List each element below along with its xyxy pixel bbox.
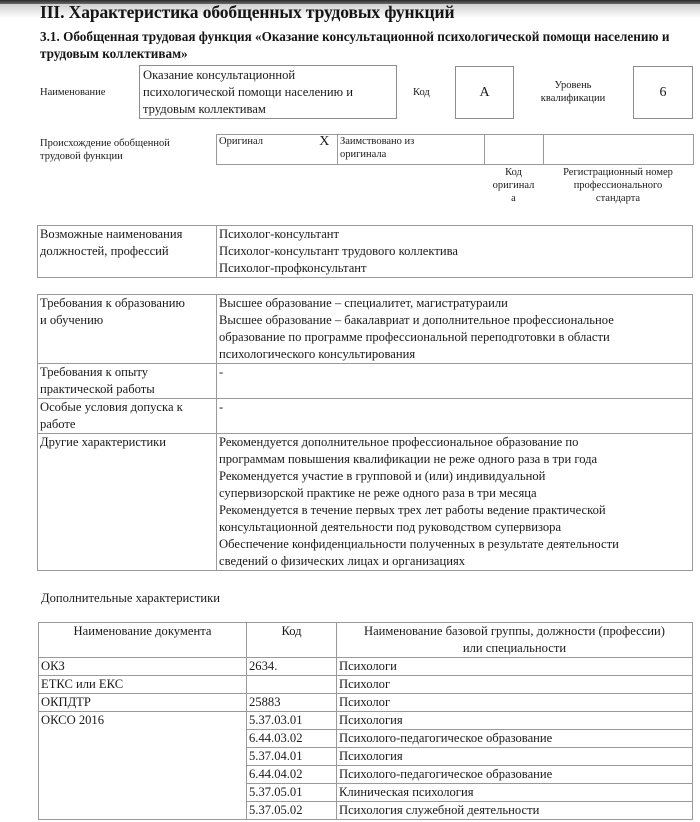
original-label: Оригинал — [217, 135, 312, 165]
table-row: ОКПДТР25883Психолог — [39, 694, 693, 712]
caption-line: профессионального — [543, 179, 693, 192]
level-value-box: 6 — [633, 66, 693, 119]
requirement-label: Другие характеристики — [38, 434, 217, 571]
caption-line: оригинал — [484, 179, 543, 192]
requirement-value: - — [217, 399, 693, 434]
value-line: Рекомендуется в течение первых трех лет … — [219, 502, 690, 519]
origin-table: Оригинал X Заимствовано из оригинала — [216, 134, 694, 165]
value-line: - — [219, 364, 690, 381]
label-line: практической работы — [40, 381, 214, 398]
subsection-title: 3.1. Обобщенная трудовая функция «Оказан… — [40, 28, 680, 62]
cell-document: ОКЗ — [39, 658, 247, 676]
code-original-caption: Код оригинал а — [484, 166, 543, 205]
positions-row: Возможные наименования должностей, профе… — [38, 226, 693, 278]
value-line: Высшее образование – специалитет, магист… — [219, 295, 690, 312]
cell-code: 5.37.05.01 — [247, 784, 337, 802]
section-title: III. Характеристика обобщенных трудовых … — [40, 2, 454, 23]
cell-code: 5.37.04.01 — [247, 748, 337, 766]
position-item: Психолог-консультант трудового коллектив… — [219, 243, 690, 260]
requirements-row-admission: Особые условия допуска к работе - — [38, 399, 693, 434]
value-line: Обеспечение конфиденциальности полученны… — [219, 536, 690, 553]
additional-header-row: Наименование документа Код Наименование … — [39, 623, 693, 658]
cell-code: 6.44.03.02 — [247, 730, 337, 748]
positions-table: Возможные наименования должностей, профе… — [37, 225, 693, 278]
additional-body: ОКЗ2634.ПсихологиЕТКС или ЕКСПсихологОКП… — [39, 658, 693, 820]
label-line: работе — [40, 416, 214, 433]
label-line: и обучению — [40, 312, 214, 329]
value-line: психологического консультирования — [219, 346, 690, 363]
cell-name: Психология — [337, 712, 693, 730]
cell-code: 6.44.04.02 — [247, 766, 337, 784]
cell-name: Психолого-педагогическое образование — [337, 730, 693, 748]
origin-label: Происхождение обобщенной трудовой функци… — [40, 137, 170, 163]
name-value-line: трудовым коллективам — [143, 101, 393, 118]
cell-name: Психология — [337, 748, 693, 766]
name-value-box: Оказание консультационной психологическо… — [139, 65, 397, 119]
requirement-value: Высшее образование – специалитет, магист… — [217, 295, 693, 364]
value-line: Высшее образование – бакалавриат и допол… — [219, 312, 690, 329]
value-line: образование по программе профессионально… — [219, 329, 690, 346]
table-row: ОКСО 20165.37.03.01Психология — [39, 712, 693, 730]
name-value-line: психологической помощи населению и — [143, 84, 393, 101]
value-line: Рекомендуется дополнительное профессиона… — [219, 434, 690, 451]
cell-name: Психолог — [337, 694, 693, 712]
cell-code: 2634. — [247, 658, 337, 676]
table-row: ОКЗ2634.Психологи — [39, 658, 693, 676]
header-line: Наименование базовой группы, должности (… — [339, 623, 690, 640]
value-line: консультационной деятельности под руково… — [219, 519, 690, 536]
label-line: Особые условия допуска к — [40, 399, 214, 416]
additional-title: Дополнительные характеристики — [41, 590, 220, 607]
level-label: Уровень квалификации — [528, 79, 618, 105]
value-line: - — [219, 399, 690, 416]
level-value: 6 — [660, 85, 667, 101]
name-value-line: Оказание консультационной — [143, 67, 393, 84]
borrowed-label-line: Заимствовано из — [340, 135, 482, 148]
cell-document: ОКСО 2016 — [39, 712, 247, 820]
requirements-row-other: Другие характеристики Рекомендуется допо… — [38, 434, 693, 571]
code-original-cell — [485, 135, 544, 165]
caption-line: а — [484, 192, 543, 205]
cell-name: Психология служебной деятельности — [337, 802, 693, 820]
additional-table: Наименование документа Код Наименование … — [38, 622, 693, 820]
borrowed-label: Заимствовано из оригинала — [338, 135, 485, 165]
code-value-box: A — [455, 66, 514, 119]
code-label: Код — [413, 86, 430, 99]
cell-name: Психолого-педагогическое образование — [337, 766, 693, 784]
requirements-table: Требования к образованию и обучению Высш… — [37, 294, 693, 571]
reg-number-caption: Регистрационный номер профессионального … — [543, 166, 693, 205]
requirement-label: Особые условия допуска к работе — [38, 399, 217, 434]
cell-name: Психолог — [337, 676, 693, 694]
value-line: супервизорской практике не реже одного р… — [219, 485, 690, 502]
requirement-value: - — [217, 364, 693, 399]
cell-document: ЕТКС или ЕКС — [39, 676, 247, 694]
original-mark: X — [312, 135, 338, 165]
origin-label-line: трудовой функции — [40, 150, 170, 163]
header-line: или специальности — [339, 640, 690, 657]
label-line: Требования к опыту — [40, 364, 214, 381]
requirement-value: Рекомендуется дополнительное профессиона… — [217, 434, 693, 571]
requirement-label: Требования к образованию и обучению — [38, 295, 217, 364]
level-label-line: квалификации — [528, 92, 618, 105]
header-code: Код — [247, 623, 337, 658]
caption-line: Регистрационный номер — [543, 166, 693, 179]
cell-document: ОКПДТР — [39, 694, 247, 712]
name-label: Наименование — [40, 86, 105, 99]
origin-label-line: Происхождение обобщенной — [40, 137, 170, 150]
positions-label: Возможные наименования должностей, профе… — [38, 226, 217, 278]
label-line: Другие характеристики — [40, 434, 214, 451]
value-line: программам повышения квалификации не реж… — [219, 451, 690, 468]
requirement-label: Требования к опыту практической работы — [38, 364, 217, 399]
value-line: сведений о физических лицах и организаци… — [219, 553, 690, 570]
label-line: Возможные наименования — [40, 226, 214, 243]
borrowed-label-line: оригинала — [340, 148, 482, 161]
label-line: должностей, профессий — [40, 243, 214, 260]
positions-values: Психолог-консультант Психолог-консультан… — [217, 226, 693, 278]
cell-code — [247, 676, 337, 694]
caption-line: Код — [484, 166, 543, 179]
cell-name: Клиническая психология — [337, 784, 693, 802]
label-line: Требования к образованию — [40, 295, 214, 312]
code-value: A — [479, 85, 489, 101]
cell-code: 5.37.03.01 — [247, 712, 337, 730]
cell-code: 25883 — [247, 694, 337, 712]
header-document: Наименование документа — [39, 623, 247, 658]
requirements-row-education: Требования к образованию и обучению Высш… — [38, 295, 693, 364]
cell-code: 5.37.05.02 — [247, 802, 337, 820]
cell-name: Психологи — [337, 658, 693, 676]
position-item: Психолог-консультант — [219, 226, 690, 243]
reg-number-cell — [544, 135, 694, 165]
requirements-row-experience: Требования к опыту практической работы - — [38, 364, 693, 399]
position-item: Психолог-профконсультант — [219, 260, 690, 277]
level-label-line: Уровень — [528, 79, 618, 92]
value-line: Рекомендуется участие в групповой и (или… — [219, 468, 690, 485]
caption-line: стандарта — [543, 192, 693, 205]
header-base-group: Наименование базовой группы, должности (… — [337, 623, 693, 658]
table-row: ЕТКС или ЕКСПсихолог — [39, 676, 693, 694]
